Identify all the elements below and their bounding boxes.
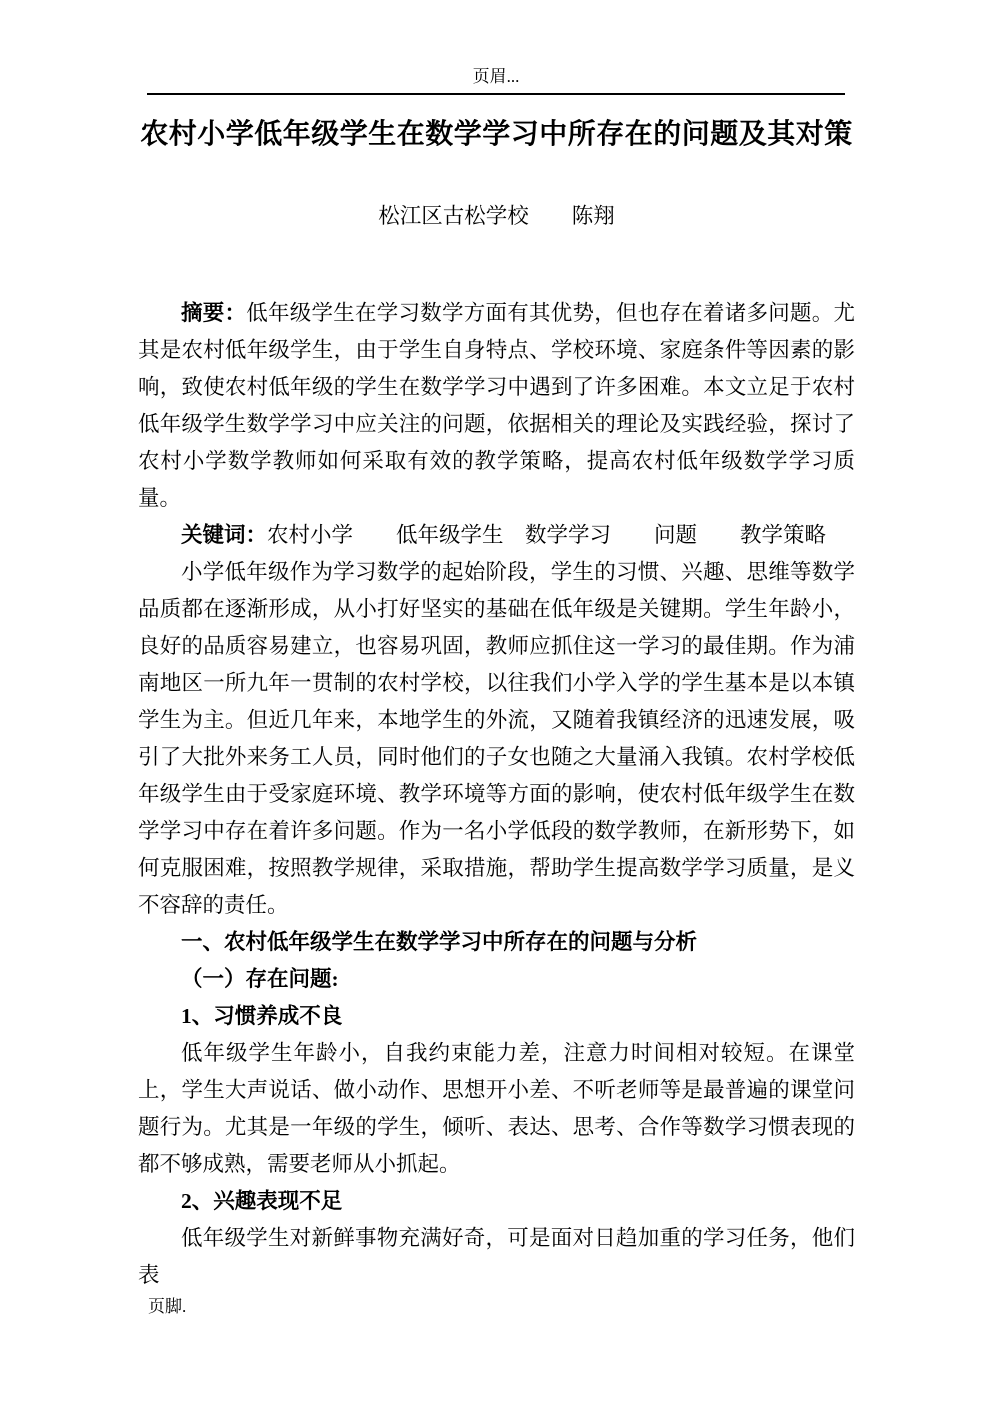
header-text: 页眉... [473,67,520,86]
abstract-label: 摘要： [181,301,246,325]
document-title: 农村小学低年级学生在数学学习中所存在的问题及其对策 [0,112,993,152]
keywords-paragraph: 关键词：农村小学 低年级学生 数学学习 问题 教学策略 [138,517,855,554]
abstract-paragraph: 摘要：低年级学生在学习数学方面有其优势，但也存在着诸多问题。尤其是农村低年级学生… [138,295,855,517]
problem-2-paragraph: 低年级学生对新鲜事物充满好奇，可是面对日趋加重的学习任务，他们表 [138,1220,855,1294]
problem-1-heading: 1、习惯养成不良 [138,998,855,1035]
section-1-heading: 一、农村低年级学生在数学学习中所存在的问题与分析 [138,924,855,961]
abstract-text: 低年级学生在学习数学方面有其优势，但也存在着诸多问题。尤其是农村低年级学生，由于… [138,301,855,510]
footer-text: 页脚. [148,1297,186,1316]
problem-1-paragraph: 低年级学生年龄小，自我约束能力差，注意力时间相对较短。在课堂上，学生大声说话、做… [138,1035,855,1183]
subsection-1-heading: （一）存在问题: [138,961,855,998]
document-body: 摘要：低年级学生在学习数学方面有其优势，但也存在着诸多问题。尤其是农村低年级学生… [138,295,855,1294]
keywords-label: 关键词： [181,523,267,547]
intro-paragraph: 小学低年级作为学习数学的起始阶段，学生的习惯、兴趣、思维等数学品质都在逐渐形成，… [138,554,855,924]
page-header: 页眉... [147,66,845,95]
author-line: 松江区古松学校 陈翔 [0,199,993,230]
document-page: 页眉... 农村小学低年级学生在数学学习中所存在的问题及其对策 松江区古松学校 … [0,0,993,1404]
problem-2-heading: 2、兴趣表现不足 [138,1183,855,1220]
page-footer: 页脚. [148,1296,186,1318]
keywords-text: 农村小学 低年级学生 数学学习 问题 教学策略 [267,523,826,547]
